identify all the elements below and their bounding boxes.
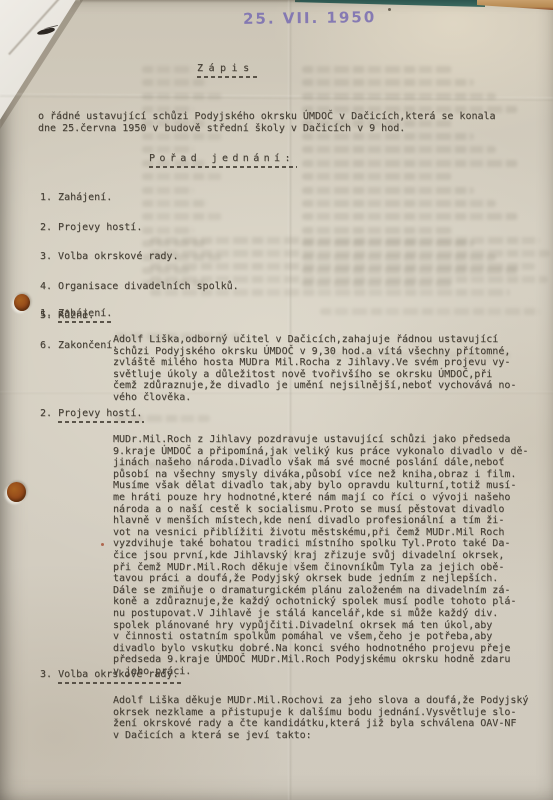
section-volba-rady: 3. Volba okrskové rady. Adolf Liška děku… — [40, 658, 546, 752]
section-heading: Zahájení. — [58, 308, 112, 320]
bleedthrough-line — [302, 79, 474, 86]
agenda-item: 2. Projevy hostí. — [40, 222, 440, 241]
section-body: Adolf Liška,odborný učitel v Dačicích,za… — [113, 334, 546, 404]
agenda-heading: Pořad jednání: — [149, 152, 295, 165]
date-stamp: 25. VII. 1950 — [243, 8, 376, 28]
document-title: Zápis — [197, 63, 255, 75]
bleedthrough-line — [142, 93, 222, 100]
bleedthrough-line — [302, 93, 496, 100]
bleedthrough-line — [302, 146, 496, 153]
section-body: MUDr.Mil.Roch z Jihlavy pozdravuje ustav… — [113, 434, 546, 677]
punch-hole — [7, 482, 26, 502]
section-projevy-hosti: 2. Projevy hostí. MUDr.Mil.Roch z Jihlav… — [40, 397, 546, 688]
bleedthrough-line — [142, 173, 222, 180]
section-number: 3. — [40, 669, 52, 680]
section-body: Adolf Liška děkuje MUDr.Mil.Rochovi za j… — [113, 695, 546, 741]
agenda-item: 3. Volba okrskové rady. — [40, 251, 440, 270]
section-heading: Volba okrskové rady. — [58, 669, 178, 681]
punch-hole — [14, 294, 30, 311]
paper-top-edge — [80, 0, 300, 3]
section-number: 1. — [40, 308, 52, 319]
scanned-document-photo: 25. VII. 1950 Zápis o řádné ustavující s… — [0, 0, 553, 800]
section-heading: Projevy hostí. — [58, 408, 142, 420]
bleedthrough-line — [302, 173, 452, 180]
bleedthrough-line — [302, 66, 452, 73]
bleedthrough-line — [142, 79, 208, 86]
bleedthrough-line — [142, 66, 194, 73]
section-number: 2. — [40, 408, 52, 419]
agenda-item: 1. Zahájení. — [40, 192, 440, 211]
bleedthrough-line — [302, 160, 518, 167]
intro-paragraph: o řádné ustavující schůzi Podyjského okr… — [38, 111, 543, 136]
paper-speck — [388, 8, 391, 11]
